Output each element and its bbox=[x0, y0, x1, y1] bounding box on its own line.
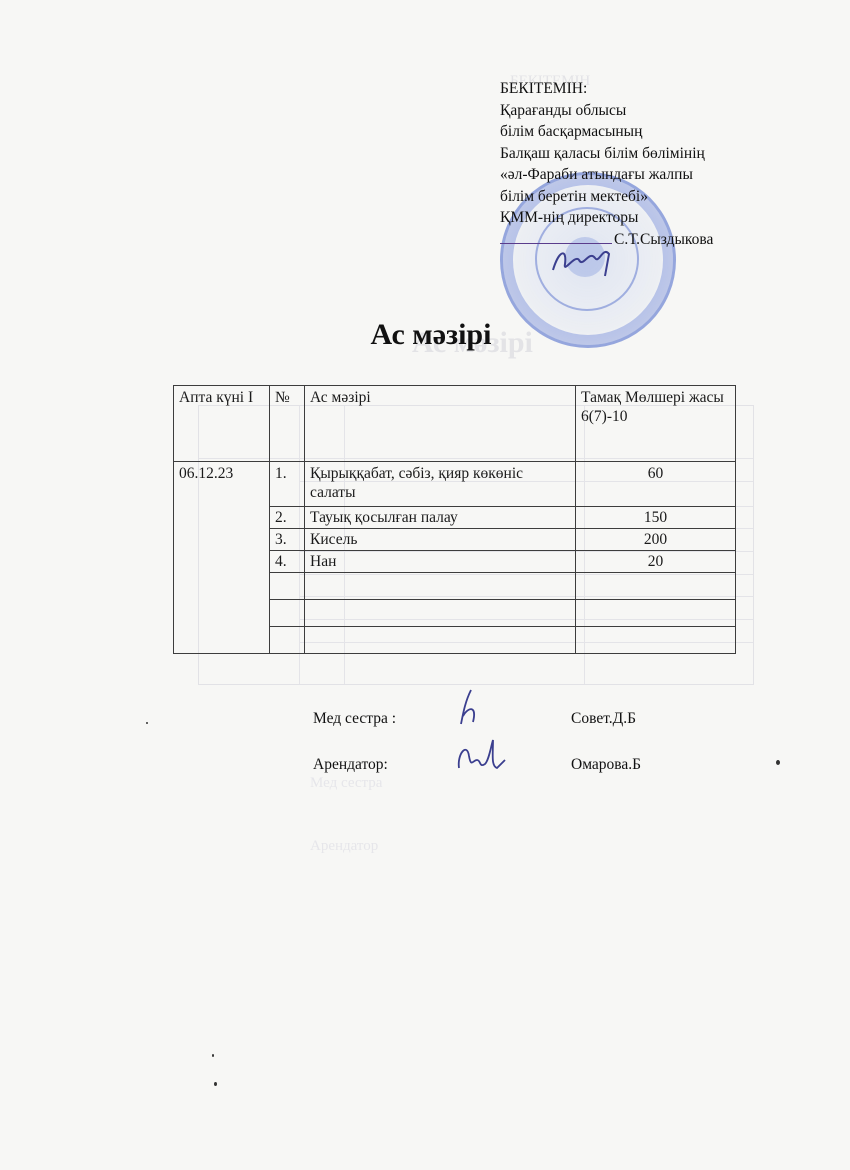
approval-line: БЕКІТЕМІН: bbox=[500, 78, 713, 100]
approval-line: «әл-Фараби атындағы жалпы bbox=[500, 164, 713, 186]
row-portion bbox=[576, 627, 736, 654]
row-portion: 200 bbox=[576, 529, 736, 551]
row-dish: Қырыққабат, сәбіз, қияр көкөніс салаты bbox=[305, 462, 576, 507]
approval-line: білім басқармасының bbox=[500, 121, 713, 143]
table-row: 06.12.23 1. Қырыққабат, сәбіз, қияр көкө… bbox=[174, 462, 736, 507]
table-header-row: Апта күні І № Ас мәзірі Тамақ Мөлшері жа… bbox=[174, 386, 736, 462]
signature-role: Арендатор: bbox=[313, 756, 388, 774]
row-dish: Тауық қосылған палау bbox=[305, 507, 576, 529]
approval-line: Қарағанды облысы bbox=[500, 100, 713, 122]
signature-name: Совет.Д.Б bbox=[571, 710, 636, 728]
approval-line: ҚММ-нің директоры bbox=[500, 207, 713, 229]
row-number: 1. bbox=[270, 462, 305, 507]
row-portion: 60 bbox=[576, 462, 736, 507]
header-number: № bbox=[270, 386, 305, 462]
row-number bbox=[270, 573, 305, 600]
approval-line: Балқаш қаласы білім бөлімінің bbox=[500, 143, 713, 165]
page-title: Ас мәзірі bbox=[0, 318, 850, 352]
menu-table: Апта күні І № Ас мәзірі Тамақ Мөлшері жа… bbox=[173, 385, 736, 654]
row-dish bbox=[305, 573, 576, 600]
bleed-through-sign: Мед сестра bbox=[310, 775, 382, 792]
row-number: 3. bbox=[270, 529, 305, 551]
row-number: 4. bbox=[270, 551, 305, 573]
header-portion: Тамақ Мөлшері жасы 6(7)-10 bbox=[576, 386, 736, 462]
row-dish: Кисель bbox=[305, 529, 576, 551]
row-dish bbox=[305, 627, 576, 654]
row-dish bbox=[305, 600, 576, 627]
scan-speck bbox=[212, 1054, 214, 1057]
row-portion bbox=[576, 573, 736, 600]
row-number bbox=[270, 600, 305, 627]
row-number: 2. bbox=[270, 507, 305, 529]
approval-line: білім беретін мектебі» bbox=[500, 186, 713, 208]
header-dish: Ас мәзірі bbox=[305, 386, 576, 462]
header-day: Апта күні І bbox=[174, 386, 270, 462]
tenant-signature-icon bbox=[453, 734, 513, 774]
signature-name: Омарова.Б bbox=[571, 756, 641, 774]
row-dish: Нан bbox=[305, 551, 576, 573]
approval-block: БЕКІТЕМІН: Қарағанды облысы білім басқар… bbox=[500, 78, 713, 250]
director-signature-icon bbox=[545, 240, 635, 280]
row-number bbox=[270, 627, 305, 654]
signature-role: Мед сестра : bbox=[313, 710, 396, 728]
date-cell: 06.12.23 bbox=[174, 462, 270, 654]
scan-speck bbox=[146, 722, 148, 724]
row-portion bbox=[576, 600, 736, 627]
row-portion: 20 bbox=[576, 551, 736, 573]
bleed-through-sign: Арендатор bbox=[310, 838, 378, 855]
row-portion: 150 bbox=[576, 507, 736, 529]
scan-speck bbox=[214, 1082, 217, 1086]
scan-speck bbox=[776, 760, 780, 765]
nurse-signature-icon bbox=[453, 688, 493, 728]
